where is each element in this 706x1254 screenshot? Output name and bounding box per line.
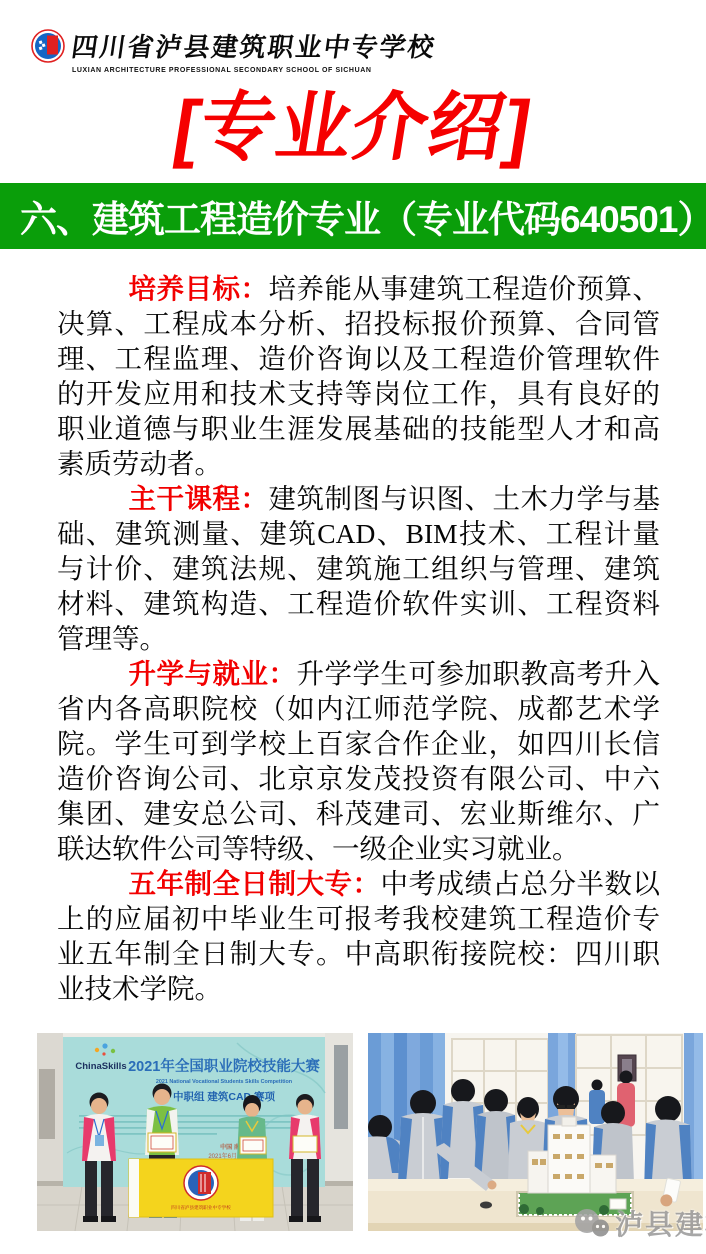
photo-competition: ChinaSkills 2021年全国职业院校技能大赛 2021 Nationa… — [37, 1033, 353, 1231]
paragraph-further-study-employment: 升学与就业：升学学生可参加职教高考升入省内各高职院校（如内江师范学院、成都艺术学… — [57, 656, 660, 866]
school-flag: 四川省泸县建筑职业中专学校 — [129, 1159, 273, 1217]
school-logo-icon — [31, 29, 65, 63]
header: 四川省泸县建筑职业中专学校 LUXIAN ARCHITECTURE PROFES… — [0, 0, 706, 80]
page-title-text: [专业介绍] — [168, 84, 538, 170]
table-socket — [480, 1202, 492, 1209]
section-banner: 六、建筑工程造价专业（专业代码640501） — [0, 183, 706, 249]
paragraph-main-courses: 主干课程：建筑制图与识图、土木力学与基础、建筑测量、建筑CAD、BIM技术、工程… — [57, 481, 660, 656]
board-brand: ChinaSkills — [75, 1061, 126, 1072]
section-label: 升学与就业： — [129, 658, 297, 689]
school-name-english: LUXIAN ARCHITECTURE PROFESSIONAL SECONDA… — [72, 67, 402, 74]
model-photo-scene — [368, 1033, 703, 1231]
board-subtitle: 2021 National Vocational Students Skills… — [156, 1079, 292, 1085]
school-name: 四川省泸县建筑职业中专学校 — [69, 27, 404, 64]
page-title: [专业介绍] — [0, 84, 706, 170]
article-body: 培养目标：培养能从事建筑工程造价预算、决算、工程成本分析、招投标报价预算、合同管… — [57, 271, 660, 1006]
paragraph-training-goal: 培养目标：培养能从事建筑工程造价预算、决算、工程成本分析、招投标报价预算、合同管… — [57, 271, 660, 481]
section-label: 培养目标： — [129, 273, 269, 304]
school-name-block: 四川省泸县建筑职业中专学校 LUXIAN ARCHITECTURE PROFES… — [72, 27, 402, 74]
section-label: 五年制全日制大专： — [129, 868, 381, 899]
watermark: 泸县建校 — [574, 1203, 706, 1243]
competition-photo-scene: ChinaSkills 2021年全国职业院校技能大赛 2021 Nationa… — [37, 1033, 353, 1231]
photo-model-display — [368, 1033, 703, 1231]
paragraph-five-year-college: 五年制全日制大专：中考成绩占总分半数以上的应届初中毕业生可报考我校建筑工程造价专… — [57, 866, 660, 1006]
wechat-icon — [574, 1208, 610, 1238]
board-title: 2021年全国职业院校技能大赛 — [128, 1057, 320, 1075]
watermark-text: 泸县建校 — [615, 1203, 706, 1243]
section-label: 主干课程： — [129, 483, 269, 514]
flag-label: 四川省泸县建筑职业中专学校 — [171, 1204, 231, 1211]
section-banner-text: 六、建筑工程造价专业（专业代码640501） — [0, 189, 706, 243]
page: 四川省泸县建筑职业中专学校 LUXIAN ARCHITECTURE PROFES… — [0, 0, 706, 1254]
